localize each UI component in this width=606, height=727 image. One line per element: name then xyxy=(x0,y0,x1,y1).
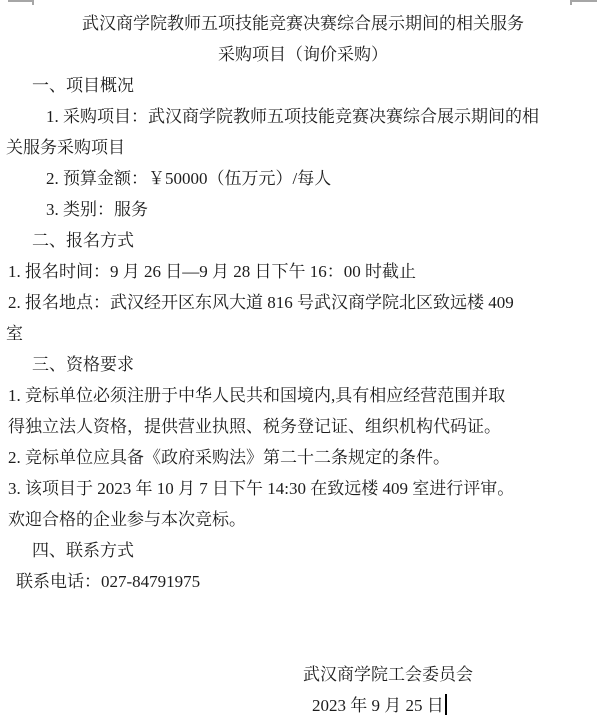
registration-address-line-1: 2. 报名地点：武汉经开区东风大道 816 号武汉商学院北区致远楼 409 xyxy=(8,287,606,318)
document-page[interactable]: 武汉商学院教师五项技能竞赛决赛综合展示期间的相关服务 采购项目（询价采购） 一、… xyxy=(0,0,606,727)
section-heading-overview: 一、项目概况 xyxy=(32,70,606,101)
overview-item-category: 3. 类别：服务 xyxy=(46,194,606,225)
contact-phone: 联系电话：027-84791975 xyxy=(16,566,606,597)
signature-organization: 武汉商学院工会委员会 xyxy=(303,659,606,690)
overview-item-budget: 2. 预算金额：￥50000（伍万元）/每人 xyxy=(46,163,606,194)
overview-item-project-line-1: 1. 采购项目：武汉商学院教师五项技能竞赛决赛综合展示期间的相 xyxy=(46,101,606,132)
qualification-item-1-line-2: 得独立法人资格，提供营业执照、税务登记证、组织机构代码证。 xyxy=(8,411,606,442)
text-boundary-mark-top-left xyxy=(8,0,34,5)
qualification-item-1-line-1: 1. 竞标单位必须注册于中华人民共和国境内,具有相应经营范围并取 xyxy=(8,380,606,411)
section-heading-registration: 二、报名方式 xyxy=(32,225,606,256)
overview-item-project-line-2: 关服务采购项目 xyxy=(6,132,606,163)
doc-title-line-1: 武汉商学院教师五项技能竞赛决赛综合展示期间的相关服务 xyxy=(0,8,606,39)
qualification-item-3-line-2: 欢迎合格的企业参与本次竞标。 xyxy=(8,504,606,535)
text-boundary-mark-top-right xyxy=(570,0,597,5)
qualification-item-3-line-1: 3. 该项目于 2023 年 10 月 7 日下午 14:30 在致远楼 409… xyxy=(8,473,606,504)
blank-line xyxy=(0,628,606,659)
signature-date: 2023 年 9 月 25 日 xyxy=(312,696,444,715)
signature-date-row: 2023 年 9 月 25 日 xyxy=(312,690,606,721)
doc-title-line-2: 采购项目（询价采购） xyxy=(0,39,606,70)
qualification-item-2: 2. 竞标单位应具备《政府采购法》第二十二条规定的条件。 xyxy=(8,442,606,473)
section-heading-qualification: 三、资格要求 xyxy=(32,349,606,380)
section-heading-contact: 四、联系方式 xyxy=(32,535,606,566)
registration-time: 1. 报名时间：9 月 26 日—9 月 28 日下午 16：00 时截止 xyxy=(8,256,606,287)
text-cursor xyxy=(445,694,447,715)
registration-address-line-2: 室 xyxy=(6,318,606,349)
blank-line xyxy=(0,597,606,628)
